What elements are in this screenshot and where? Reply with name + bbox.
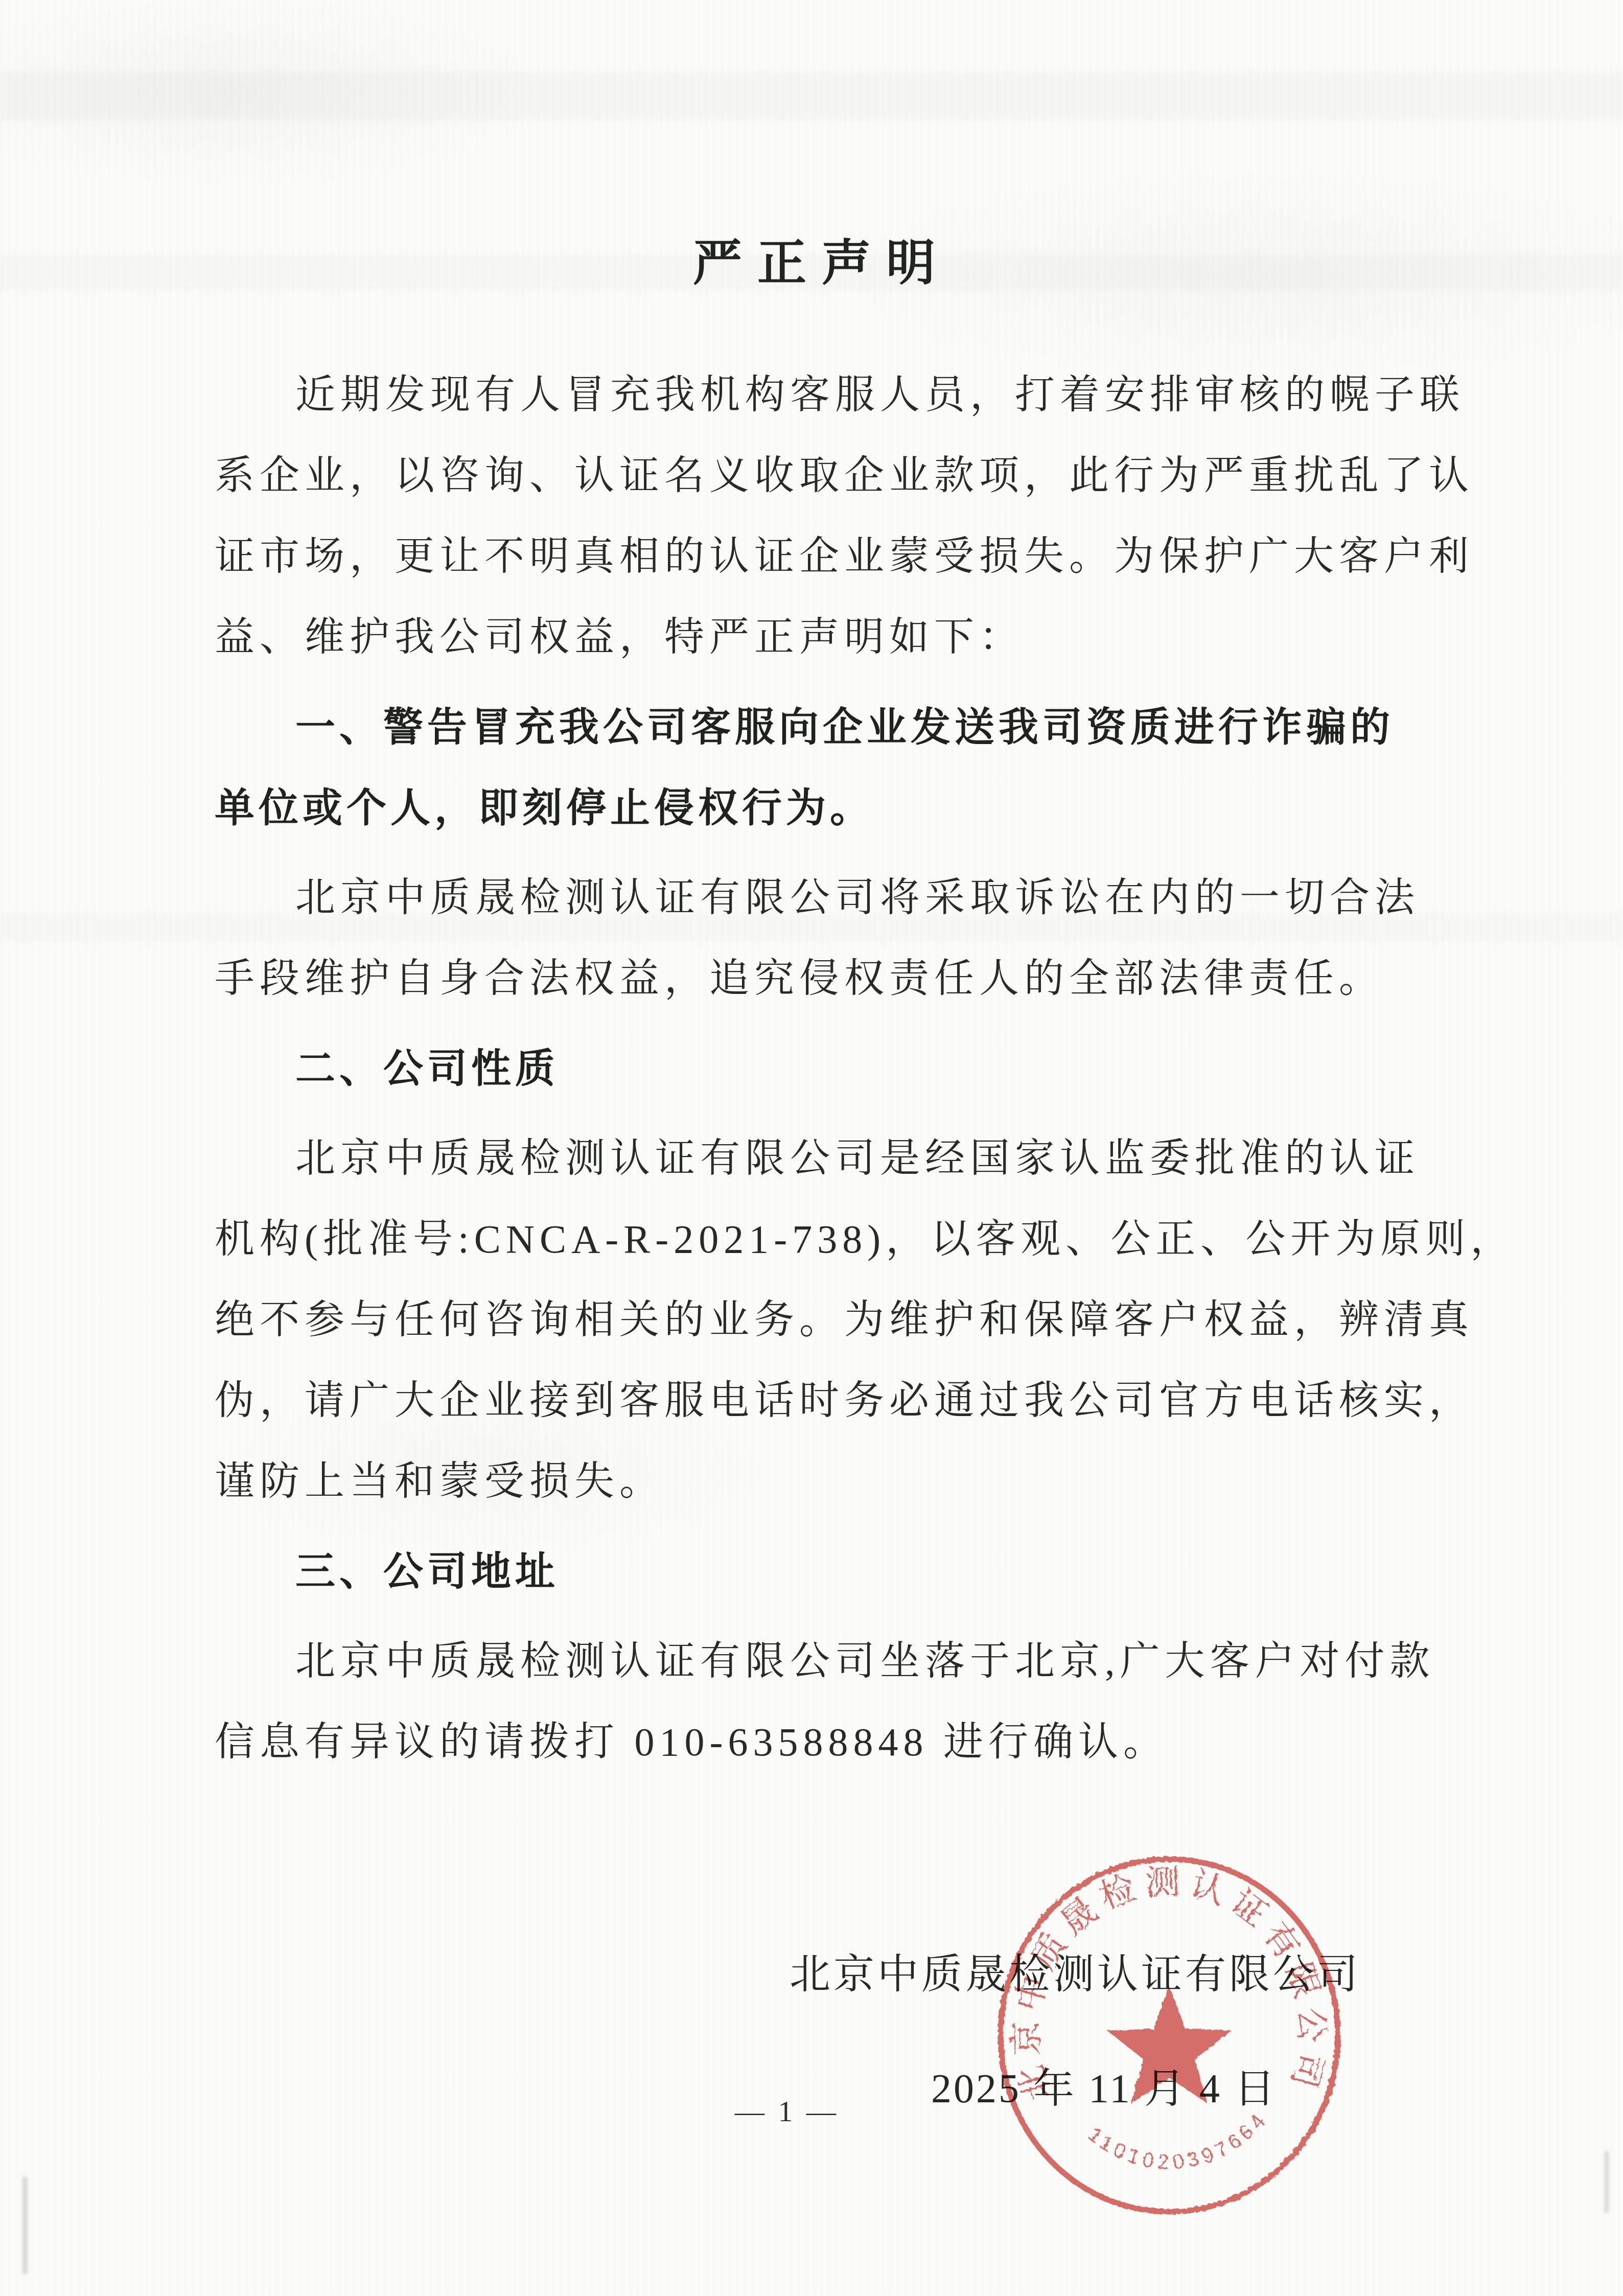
text-line: 伪，请广大企业接到客服电话时务必通过我公司官方电话核实， — [215, 1360, 1429, 1441]
text-line: 绝不参与任何咨询相关的业务。为维护和保障客户权益，辨清真 — [215, 1280, 1429, 1360]
document-title-text: 严正声明 — [693, 236, 950, 290]
text-line: 证市场，更让不明真相的认证企业蒙受损失。为保护广大客户利 — [215, 516, 1429, 597]
document-page: 严正声明 近期发现有人冒充我机构客服人员，打着安排审核的幌子联 系企业，以咨询、… — [0, 0, 1623, 2296]
seal-code-arc: 1101020397664 — [1084, 2106, 1272, 2173]
page-number: — 1 — — [700, 2094, 874, 2128]
seal-star-icon — [1107, 1985, 1231, 2104]
text-line: 益、维护我公司权益，特严正声明如下： — [215, 597, 1429, 678]
company-seal: 北京中质晟检测认证有限公司 1101020397664 — [985, 1849, 1355, 2224]
document-body: 严正声明 近期发现有人冒充我机构客服人员，打着安排审核的幌子联 系企业，以咨询、… — [215, 225, 1429, 1782]
scan-artifact-band — [0, 72, 1623, 120]
section-heading-3: 三、公司地址 — [215, 1531, 1429, 1612]
text-line: 手段维护自身合法权益，追究侵权责任人的全部法律责任。 — [215, 938, 1429, 1019]
text-line: 北京中质晟检测认证有限公司将采取诉讼在内的一切合法 — [215, 857, 1429, 938]
text-line: 近期发现有人冒充我机构客服人员，打着安排审核的幌子联 — [215, 355, 1429, 435]
text-line: 北京中质晟检测认证有限公司是经国家认监委批准的认证 — [215, 1118, 1429, 1199]
scan-edge-mark — [22, 2177, 28, 2274]
text-line: 北京中质晟检测认证有限公司坐落于北京,广大客户对付款 — [215, 1621, 1429, 1702]
section-heading-1: 一、警告冒充我公司客服向企业发送我司资质进行诈骗的 — [215, 687, 1429, 768]
text-line: 系企业，以咨询、认证名义收取企业款项，此行为严重扰乱了认 — [215, 435, 1429, 516]
text-line: 谨防上当和蒙受损失。 — [215, 1441, 1429, 1522]
section-heading-1-cont: 单位或个人，即刻停止侵权行为。 — [215, 768, 1429, 848]
section-heading-2: 二、公司性质 — [215, 1028, 1429, 1109]
document-title: 严正声明 — [215, 225, 1429, 302]
text-line: 机构(批准号:CNCA-R-2021-738)，以客观、公正、公开为原则， — [215, 1199, 1429, 1280]
text-line: 信息有异议的请拨打 010-63588848 进行确认。 — [215, 1702, 1429, 1782]
scan-edge-mark — [1605, 2151, 1609, 2213]
